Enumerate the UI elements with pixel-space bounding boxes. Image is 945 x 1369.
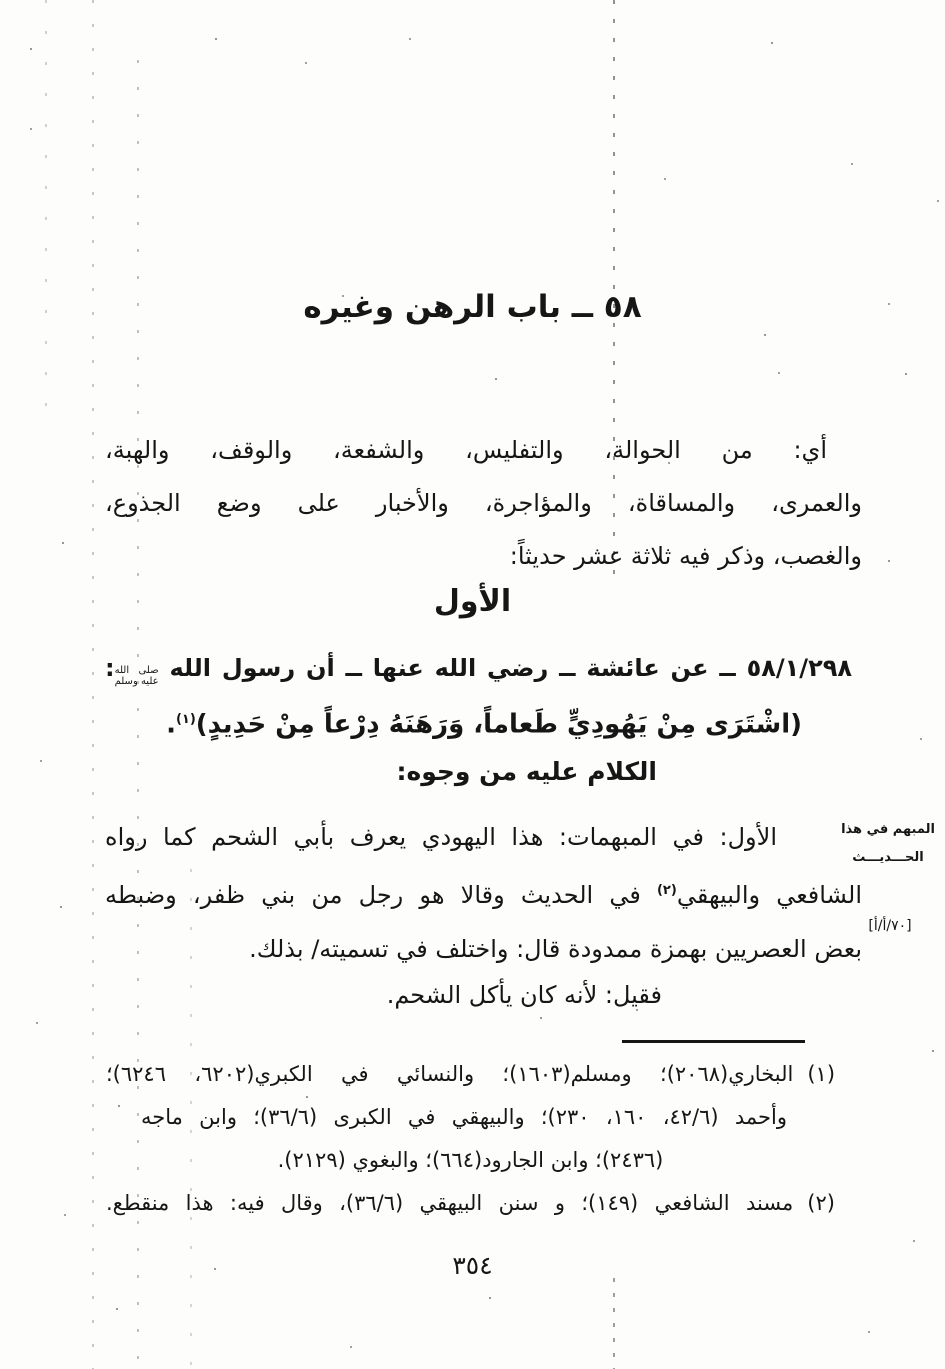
scanned-book-page: { "page": { "title": "٥٨ ــ باب الرهن وغ…	[0, 0, 945, 1369]
hadith-isnad-line: ٥٨/١/٢٩٨ ــ عن عائشة ــ رضي الله عنها ــ…	[105, 645, 862, 691]
hadith-matn-line: (اشْتَرَى مِنْ يَهُودِيٍّ طَعاماً، وَرَه…	[105, 696, 862, 749]
footnote-1-text-1: البخاري(٢٠٦٨)؛ ومسلم(١٦٠٣)؛ والنسائي في …	[106, 1062, 793, 1086]
page-number: ٣٥٤	[0, 1251, 945, 1280]
commentary-line-2: الشافعي والبيهقي(٢) في الحديث وقالا هو ر…	[105, 864, 862, 922]
footnote-ref-2: (٢)	[657, 883, 677, 898]
commentary-intro: الكلام عليه من وجوه:	[105, 757, 862, 786]
margin-note-line-1: المبهم في هذا	[837, 816, 939, 844]
intro-line-2: والعمرى، والمساقاة، والمؤاجرة، والأخبار …	[105, 477, 862, 530]
footnote-1-line-1: (١)البخاري(٢٠٦٨)؛ ومسلم(١٦٠٣)؛ والنسائي …	[106, 1053, 835, 1096]
commentary-line-2b: في الحديث وقالا هو رجل من بني ظفر، وضبطه	[105, 881, 641, 909]
scan-dotted-line	[92, 0, 94, 1369]
intro-paragraph: أي: من الحوالة، والتفليس، والشفعة، والوق…	[105, 424, 862, 583]
matn-period: .	[166, 710, 176, 740]
footnote-ref-1: (١)	[176, 712, 196, 727]
footnote-1-line-3: (٢٤٣٦)؛ وابن الجارود(٦٦٤)؛ والبغوي (٢١٢٩…	[106, 1139, 835, 1182]
hadith-matn-text: (اشْتَرَى مِنْ يَهُودِيٍّ طَعاماً، وَرَه…	[196, 710, 802, 740]
pbuh-symbol: صلى اللهعليه وسلم	[115, 665, 159, 687]
chapter-title: ٥٨ ــ باب الرهن وغيره	[0, 289, 945, 325]
commentary-conclusion: فقيل: لأنه كان يأكل الشحم.	[105, 981, 862, 1009]
footnote-1-marker: (١)	[807, 1062, 835, 1086]
footnote-2-marker: (٢)	[807, 1191, 835, 1215]
scan-dotted-line	[613, 1278, 615, 1369]
margin-folio-reference: [٧٠/أ/أ]	[837, 918, 943, 934]
hadith-isnad-text: ٥٨/١/٢٩٨ ــ عن عائشة ــ رضي الله عنها ــ…	[169, 654, 852, 682]
footnote-2-line: (٢)مسند الشافعي (١٤٩)؛ و سنن البيهقي (٣٦…	[106, 1182, 835, 1225]
margin-note-line-2: الحـــديـــث	[837, 844, 939, 872]
commentary-line-1: الأول: في المبهمات: هذا اليهودي يعرف بأب…	[105, 810, 862, 864]
scan-dotted-line	[45, 0, 47, 420]
footnote-1-line-2: وأحمد (٤٢/٦، ١٦٠، ٢٣٠)؛ والبيهقي في الكب…	[106, 1096, 835, 1139]
footnote-2-text: مسند الشافعي (١٤٩)؛ و سنن البيهقي (٣٦/٦)…	[106, 1191, 793, 1215]
pbuh-bottom: عليه وسلم	[115, 676, 159, 687]
commentary-line-2a: الشافعي والبيهقي	[677, 881, 862, 909]
margin-note-mubham: المبهم في هذا الحـــديـــث	[837, 816, 939, 872]
isnad-colon: :	[105, 654, 115, 682]
commentary-paragraph: الأول: في المبهمات: هذا اليهودي يعرف بأب…	[105, 810, 862, 976]
hadith-section-heading: الأول	[0, 584, 945, 619]
scan-noise-specks	[0, 0, 2, 2]
pbuh-top: صلى الله	[115, 665, 159, 676]
commentary-line-3: بعض العصريين بهمزة ممدودة قال: واختلف في…	[105, 922, 862, 976]
intro-line-1: أي: من الحوالة، والتفليس، والشفعة، والوق…	[105, 424, 862, 477]
intro-line-3: والغصب، وذكر فيه ثلاثة عشر حديثاً:	[105, 530, 862, 583]
footnote-separator-rule	[622, 1040, 805, 1043]
footnotes-section: (١)البخاري(٢٠٦٨)؛ ومسلم(١٦٠٣)؛ والنسائي …	[106, 1053, 835, 1225]
